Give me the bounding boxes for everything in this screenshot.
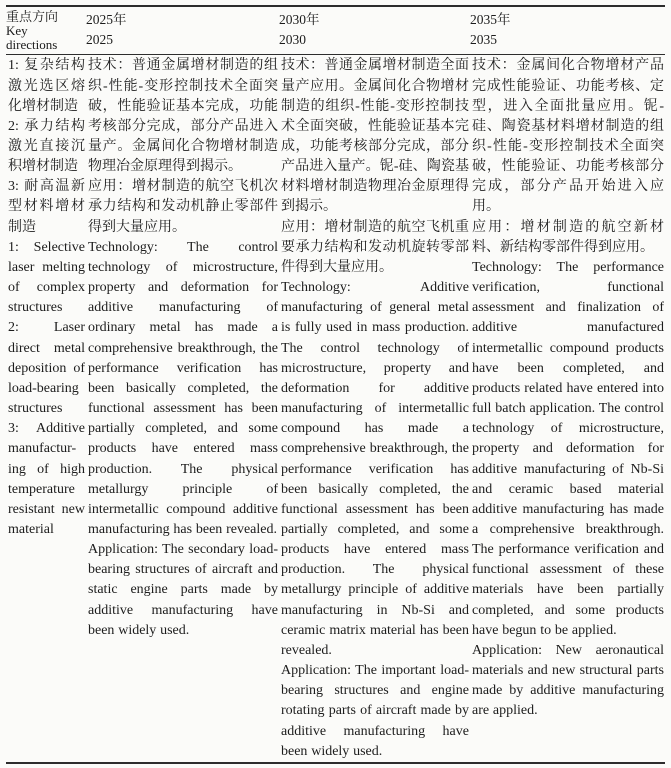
table-body-row: 1: 复杂结构激光选区熔化增材制造 2: 承力结构激光直接沉积增材制造 3: 耐… [6,55,665,762]
header-2030-zh: 2030年 [279,10,467,30]
cell-2035-technology-en: Technology: The performance verification… [472,258,664,641]
key-direction-2-en: 2: Laser direct metal deposition of load… [8,318,85,419]
header-key-directions-zh: 重点方向 [6,10,83,24]
header-2035-en: 2035 [470,30,662,50]
cell-2025-technology-en: Technology: The control technology of mi… [88,238,278,540]
cell-2030-technology-zh: 技术：普通金属增材制造全面量产应用。金属间化合物增材制造的组织-性能-变形控制技… [281,56,469,217]
cell-2025-application-en: Application: The secondary load-bearing … [88,540,278,641]
cell-2030-technology-en: Technology: Additive manufacturing of ge… [281,278,469,661]
header-key-directions: 重点方向 Key directions [6,10,83,51]
header-2030: 2030年 2030 [279,10,467,51]
cell-2035: 技术：金属间化合物增材产品完成性能验证、功能考核、定型，进入全面批量应用。铌-硅… [472,56,664,762]
cell-2025-application-zh: 应用：增材制造的航空飞机次承力结构和发动机静止零部件得到大量应用。 [88,177,278,237]
header-2030-en: 2030 [279,30,467,50]
header-key-directions-en-line1: Key [6,24,83,38]
roadmap-table: 重点方向 Key directions 2025年 2025 2030年 203… [6,5,665,764]
table-header-row: 重点方向 Key directions 2025年 2025 2030年 203… [6,7,665,55]
key-direction-3-zh: 3: 耐高温新型材料增材制造 [8,177,85,237]
key-direction-1-en: 1: Selective laser melting of complex st… [8,238,85,319]
cell-2030-application-en: Application: The important load-bearing … [281,661,469,762]
cell-2030: 技术：普通金属增材制造全面量产应用。金属间化合物增材制造的组织-性能-变形控制技… [281,56,469,762]
header-2035: 2035年 2035 [470,10,662,51]
header-2025-zh: 2025年 [86,10,276,30]
header-key-directions-en-line2: directions [6,38,83,52]
cell-2025-technology-zh: 技术：普通金属增材制造的组织-性能-变形控制技术全面突破，性能验证基本完成，功能… [88,56,278,177]
cell-2035-technology-zh: 技术：金属间化合物增材产品完成性能验证、功能考核、定型，进入全面批量应用。铌-硅… [472,56,664,217]
header-2025-en: 2025 [86,30,276,50]
cell-2035-application-zh: 应用：增材制造的航空新材料、新结构零部件得到应用。 [472,218,664,258]
paper-page: 重点方向 Key directions 2025年 2025 2030年 203… [0,0,671,768]
cell-2025: 技术：普通金属增材制造的组织-性能-变形控制技术全面突破，性能验证基本完成，功能… [88,56,278,762]
key-direction-1-zh: 1: 复杂结构激光选区熔化增材制造 [8,56,85,116]
key-direction-3-en: 3: Additive manufactur-ing of high tempe… [8,419,85,540]
cell-2035-application-en: Application: New aeronautical materials … [472,641,664,722]
key-direction-2-zh: 2: 承力结构激光直接沉积增材制造 [8,117,85,177]
header-2025: 2025年 2025 [86,10,276,51]
cell-key-directions: 1: 复杂结构激光选区熔化增材制造 2: 承力结构激光直接沉积增材制造 3: 耐… [8,56,85,762]
header-2035-zh: 2035年 [470,10,662,30]
cell-2030-application-zh: 应用：增材制造的航空飞机重要承力结构和发动机旋转零部件得到大量应用。 [281,218,469,278]
